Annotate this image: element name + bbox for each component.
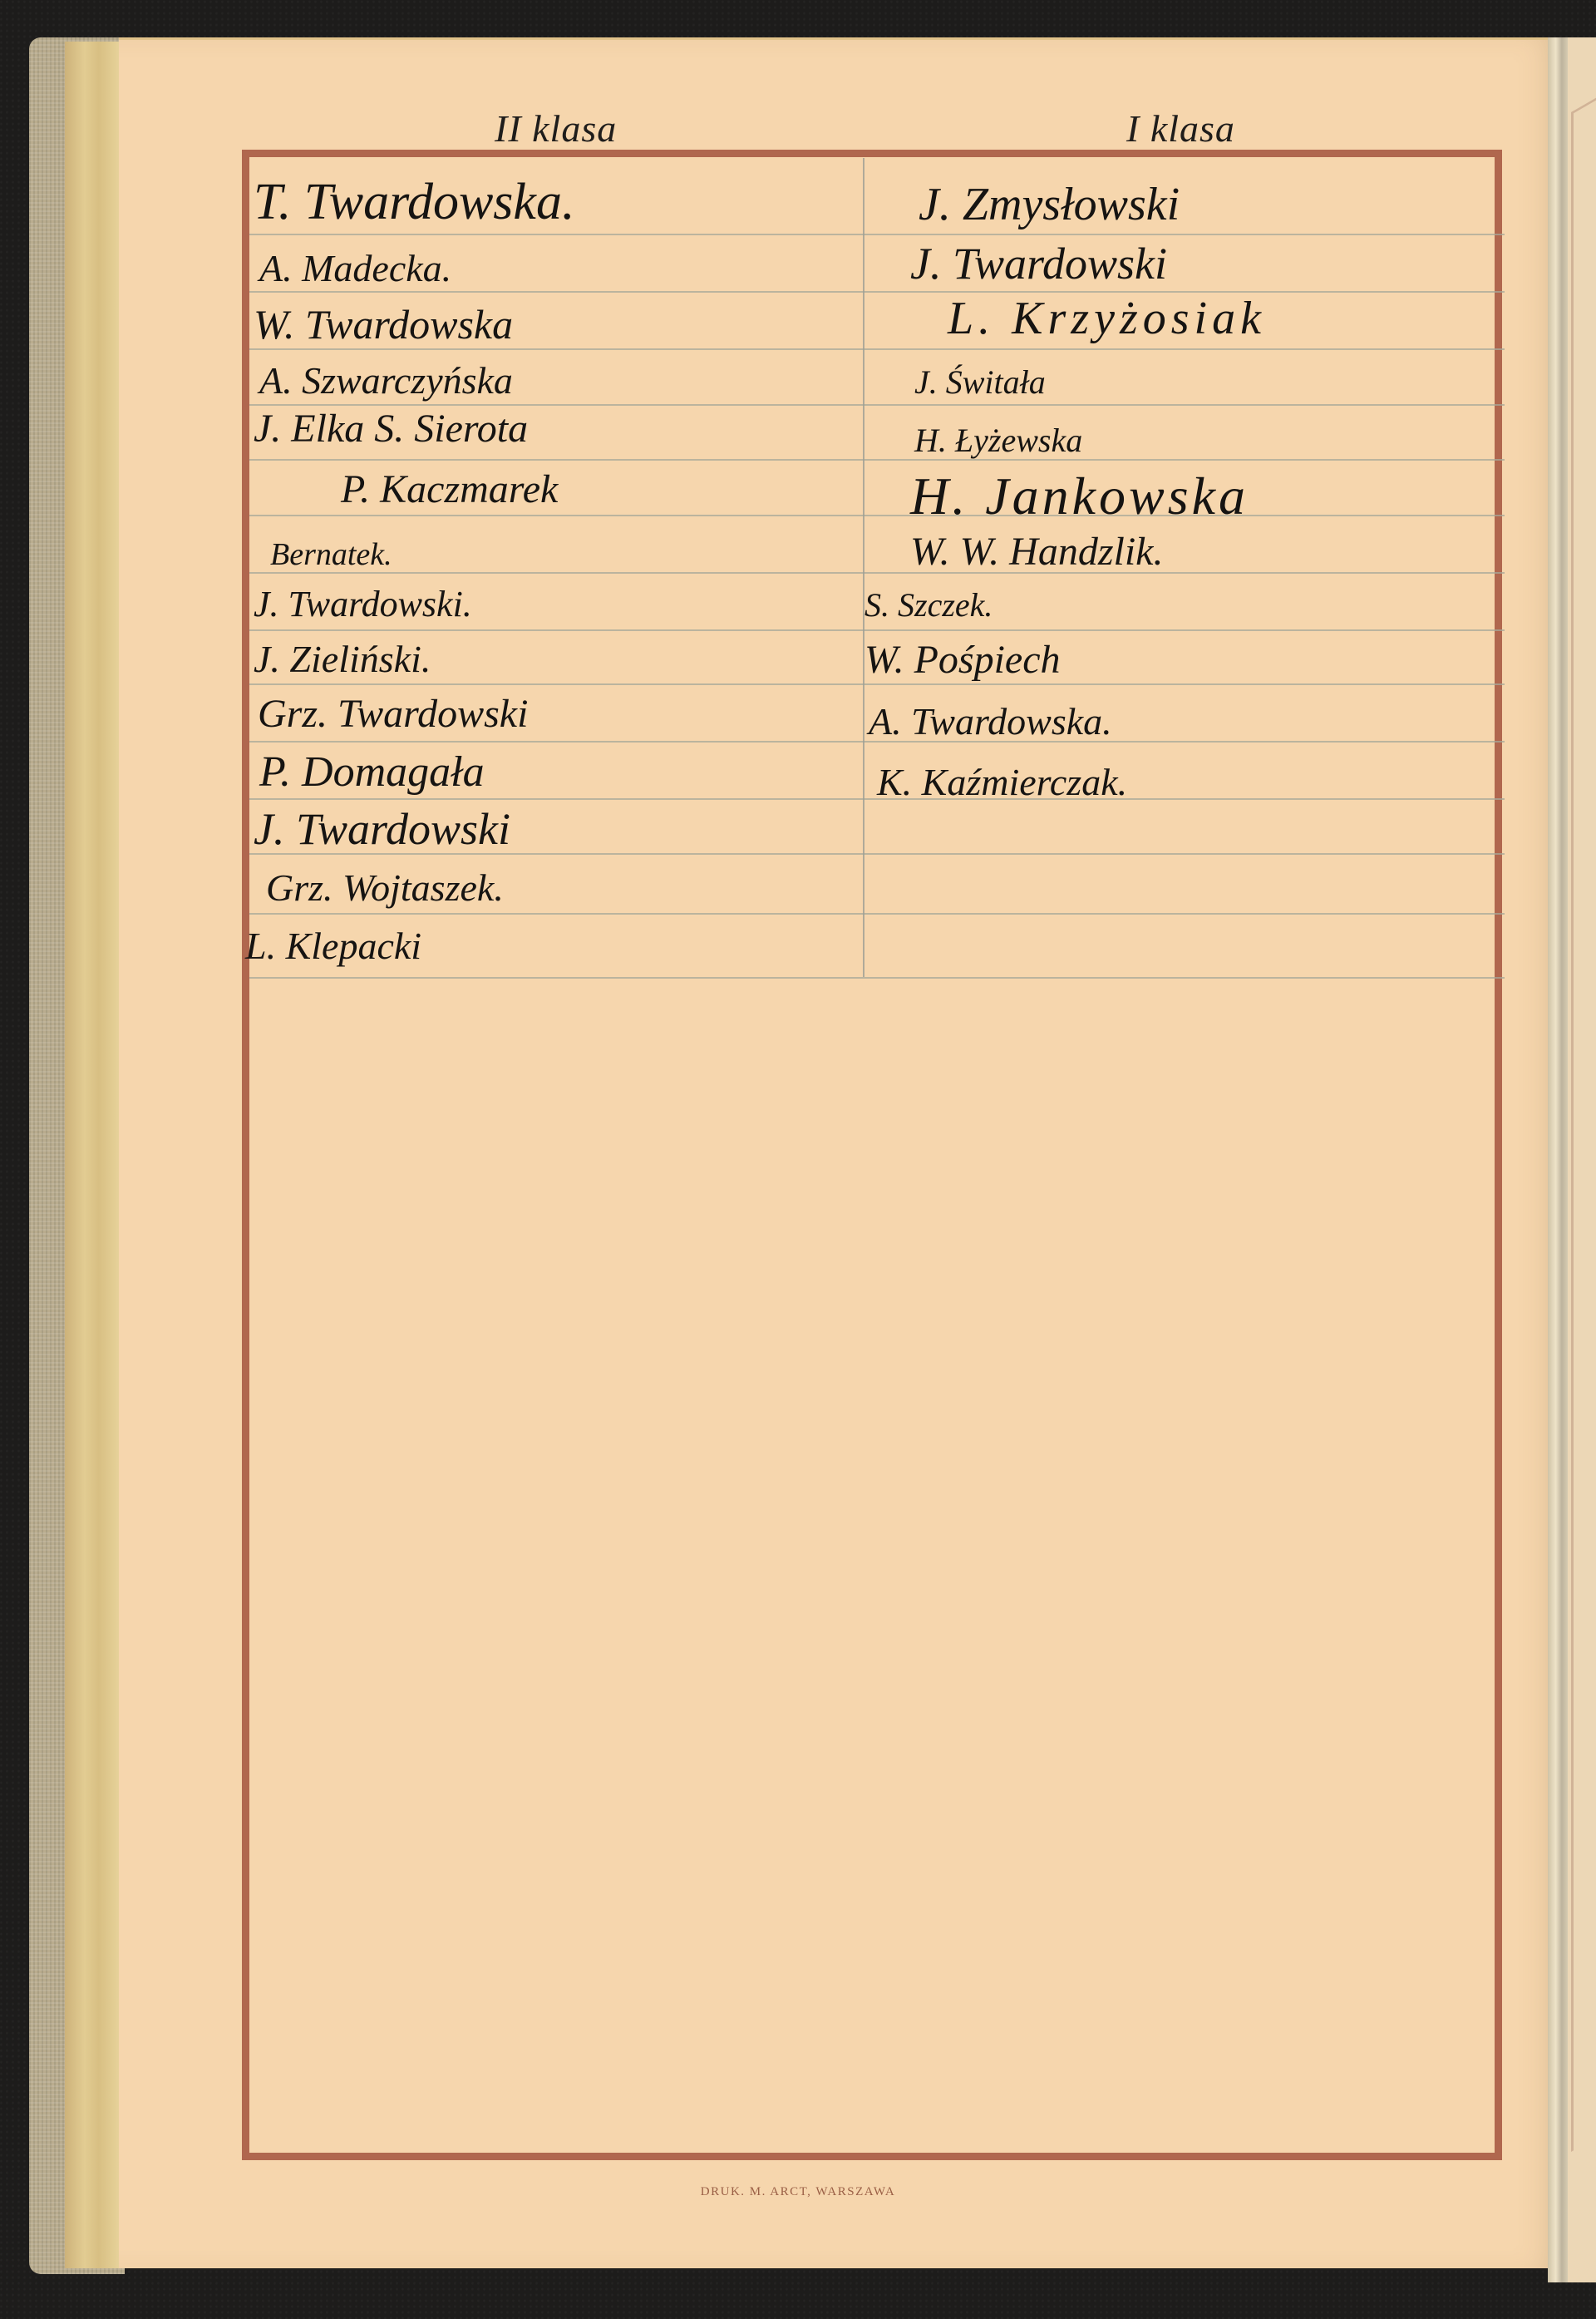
student-name: J. Zmysłowski xyxy=(919,181,1180,228)
student-name: J. Elka S. Sierota xyxy=(254,409,528,449)
student-name: K. Kaźmierczak. xyxy=(877,763,1127,802)
student-name: H. Łyżewska xyxy=(914,424,1082,457)
student-name: S. Szczek. xyxy=(864,589,993,622)
printer-imprint: DRUK. M. ARCT, WARSZAWA xyxy=(0,2185,1596,2199)
student-name: P. Kaczmarek xyxy=(341,470,558,510)
student-name: W. Twardowska xyxy=(254,303,513,345)
ruled-line xyxy=(249,515,1505,516)
student-name: L. Krzyżosiak xyxy=(948,295,1266,342)
page-frame-border xyxy=(242,150,1502,2160)
ruled-line xyxy=(249,348,1505,350)
student-name: Bernatek. xyxy=(270,539,392,570)
ruled-line xyxy=(249,572,1505,574)
student-name: A. Twardowska. xyxy=(869,703,1112,741)
student-name: J. Twardowski. xyxy=(254,586,472,623)
student-name: J. Świtała xyxy=(914,366,1046,399)
student-name: T. Twardowska. xyxy=(254,176,574,228)
student-name: L. Klepacki xyxy=(245,927,421,965)
ruled-line xyxy=(249,629,1505,631)
student-name: Grz. Wojtaszek. xyxy=(266,869,504,907)
student-name: P. Domagała xyxy=(259,751,485,794)
ruled-line xyxy=(249,291,1505,293)
ruled-line xyxy=(249,234,1505,235)
heading-class-2: II klasa xyxy=(495,106,617,150)
student-name: H. Jankowska xyxy=(910,470,1249,523)
heading-class-1: I klasa xyxy=(1126,106,1235,150)
student-name: A. Madecka. xyxy=(259,249,451,288)
student-name: W. Pośpiech xyxy=(864,640,1061,680)
student-name: A. Szwarczyńska xyxy=(259,362,513,400)
student-name: Grz. Twardowski xyxy=(258,694,528,734)
book-gutter xyxy=(1548,37,1568,2282)
ruled-line xyxy=(249,459,1505,461)
student-name: W. W. Handzlik. xyxy=(910,532,1163,572)
student-name: J. Twardowski xyxy=(254,807,510,851)
ruled-line xyxy=(249,683,1505,685)
adjacent-page-frame xyxy=(1571,91,1596,2152)
ruled-line xyxy=(249,913,1505,915)
student-name: J. Zieliński. xyxy=(254,640,431,678)
column-divider xyxy=(863,158,864,977)
student-name: J. Twardowski xyxy=(910,241,1167,286)
ruled-line xyxy=(249,977,1505,979)
page-block-edges xyxy=(65,42,121,2268)
ruled-line xyxy=(249,404,1505,406)
